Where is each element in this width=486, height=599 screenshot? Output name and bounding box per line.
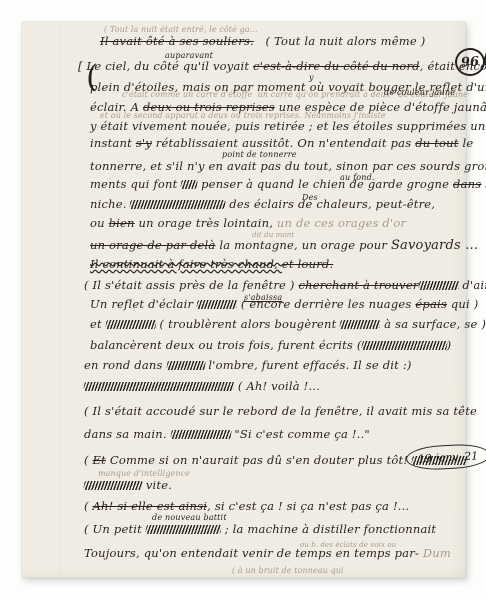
text-segment: ( à un bruit de tonneau qui xyxy=(232,566,344,575)
scribble-strikeout-mark xyxy=(418,281,460,290)
text-segment: un de ces orages d'or xyxy=(277,216,406,230)
text-segment: un orage de par delà xyxy=(90,238,215,252)
text-segment: et lourd. xyxy=(282,257,333,271)
text-segment: la montagne, un orage pour xyxy=(215,238,390,252)
manuscript-line: ( Ah! si elle est ainsi, si c'est ça ! s… xyxy=(84,501,409,513)
scribble-strikeout-mark xyxy=(130,200,227,209)
text-segment: sa xyxy=(481,177,486,191)
manuscript-line: y était vivement nouée, puis retirée ; e… xyxy=(90,121,486,133)
manuscript-line: Il continuait à faire très chaud, et lou… xyxy=(90,259,333,271)
text-segment: ( encore derrière les nuages xyxy=(237,297,415,311)
text-segment: Savoyards ... xyxy=(391,238,478,253)
manuscript-line: de couleur jaune xyxy=(384,89,455,97)
text-segment: ( Un petit xyxy=(84,522,146,536)
text-segment: Et xyxy=(93,453,106,467)
text-segment: vite. xyxy=(142,478,172,492)
manuscript-line: en rond dans l'ombre, furent effacés. Il… xyxy=(84,360,412,372)
text-segment: , si c'est ça ! si ça n'est pas ça !... xyxy=(207,499,409,513)
text-segment: d'air. ) xyxy=(459,278,486,292)
text-segment: ( Il s'était accoudé sur le rebord de la… xyxy=(84,404,477,418)
text-segment: tonnerre, et s'il n'y en avait pas du to… xyxy=(90,159,486,173)
text-segment: Il avait ôté à ses souliers. xyxy=(100,34,254,48)
margin-rule xyxy=(60,22,61,578)
text-segment: de couleur jaune xyxy=(384,88,455,97)
manuscript-line: point de tonnerre xyxy=(222,151,297,159)
manuscript-line: et ( troublèrent alors bougèrent à sa su… xyxy=(90,319,486,331)
manuscript-line: un orage de par delà la montagne, un ora… xyxy=(90,239,478,252)
manuscript-line: ( Ah! voilà !... xyxy=(84,381,320,393)
text-segment: l'ombre, furent effacés. Il se dit :) xyxy=(205,358,412,372)
text-segment: Un reflet d'éclair xyxy=(90,297,197,311)
text-segment: épais xyxy=(415,297,447,311)
text-segment: y était vivement nouée, puis retirée ; e… xyxy=(90,119,486,133)
scribble-strikeout-mark xyxy=(170,430,232,439)
manuscript-line: niche. des éclairs de chaleurs, peut-êtr… xyxy=(90,199,435,211)
manuscript-line: Un reflet d'éclair ( encore derrière les… xyxy=(90,299,478,311)
text-segment: dans xyxy=(453,177,481,191)
text-segment: dans sa main. xyxy=(84,427,171,441)
scribble-strikeout-mark xyxy=(166,361,206,370)
text-segment: ( xyxy=(84,499,93,513)
text-segment: cherchant à trouver xyxy=(298,278,418,292)
manuscript-line: ( Il s'était accoudé sur le rebord de la… xyxy=(84,406,477,418)
manuscript-line: dans sa main. "Si c'est comme ça !.." xyxy=(84,429,370,441)
manuscript-line: [ Le ciel, du côté qu'il voyait c'est-à-… xyxy=(78,61,486,73)
text-segment: niche. xyxy=(90,197,130,211)
text-segment: un orage très lointain, xyxy=(135,216,277,230)
manuscript-line: ( Il s'était assis près de la fenêtre ) … xyxy=(84,280,486,292)
text-segment: et xyxy=(90,317,106,331)
text-segment: instant xyxy=(90,136,136,150)
pencil-note-line: ( Tout la nuit était entré, le côté ga..… xyxy=(104,26,258,34)
text-segment: "Si c'est comme ça !.." xyxy=(231,427,370,441)
manuscript-line: ( Un petit ; la machine à distiller fonc… xyxy=(84,524,436,536)
text-segment: manque d'intelligence xyxy=(98,469,190,478)
manuscript-line: ments qui font penser à quand le chien d… xyxy=(90,179,486,191)
text-segment: penser à quand le chien de garde grogne xyxy=(197,177,453,191)
scribble-strikeout-mark xyxy=(105,320,157,329)
text-segment: Il continuait à faire très chaud, xyxy=(90,257,282,271)
manuscript-photo: ( 96 19 janv. 21 ( Tout la nuit était en… xyxy=(0,0,486,599)
scribble-strikeout-mark xyxy=(83,382,235,391)
text-segment: c'était comme un carré d'étoffe un carré… xyxy=(122,90,398,99)
manuscript-line: de nouveau battit xyxy=(152,514,227,522)
manuscript-line: ( Et Comme si on n'aurait pas dû s'en do… xyxy=(84,455,467,467)
manuscript-line: instant s'y rétablissaient aussitôt. On … xyxy=(90,138,473,150)
manuscript-line: vite. xyxy=(84,480,172,492)
text-segment: Dum xyxy=(423,546,451,560)
text-segment: le xyxy=(459,136,474,150)
manuscript-line: balancèrent deux ou trois fois, furent é… xyxy=(90,340,451,352)
text-segment: , était encore xyxy=(420,59,486,73)
text-segment: balancèrent deux ou trois fois, furent é… xyxy=(90,338,362,352)
pencil-note-line: ( à un bruit de tonneau qui xyxy=(232,567,344,575)
scribble-strikeout-mark xyxy=(145,525,222,534)
manuscript-paper: ( 96 19 janv. 21 ( Tout la nuit était en… xyxy=(22,22,466,578)
text-segment: du tout xyxy=(415,136,458,150)
text-segment: ) xyxy=(447,338,452,352)
text-segment: c'est-à-dire du côté du nord xyxy=(253,59,420,73)
scribble-strikeout-mark xyxy=(83,481,143,490)
text-segment: ou xyxy=(90,216,109,230)
text-segment: point de tonnerre xyxy=(222,150,297,159)
text-segment: des éclairs de chaleurs, peut-être, xyxy=(225,197,435,211)
text-segment: ; la machine à distiller fonctionnait xyxy=(221,522,436,536)
text-segment: ( Ah! voilà !... xyxy=(234,379,320,393)
manuscript-line: Il avait ôté à ses souliers. ( Tout la n… xyxy=(100,36,425,48)
text-segment: Comme si on n'aurait pas dû s'en douter … xyxy=(106,453,412,467)
text-segment: ( Il s'était assis près de la fenêtre ) xyxy=(84,278,298,292)
text-segment: ments qui font xyxy=(90,177,181,191)
scribble-strikeout-mark xyxy=(340,320,382,329)
scribble-strikeout-mark xyxy=(411,456,468,465)
text-segment: Ah! si elle est ainsi xyxy=(93,499,208,513)
text-segment: de nouveau battit xyxy=(152,513,227,522)
scribble-strikeout-mark xyxy=(196,300,238,309)
text-segment: bien xyxy=(109,216,135,230)
scribble-strikeout-mark xyxy=(180,180,198,189)
text-segment: [ Le ciel, du côté qu'il voyait xyxy=(78,59,253,73)
manuscript-line: Toujours, qu'on entendait venir de temps… xyxy=(84,548,451,560)
text-segment: ( Tout la nuit était entré, le côté ga..… xyxy=(104,25,258,34)
text-segment: qui ) xyxy=(447,297,478,311)
text-segment: ( troublèrent alors bougèrent xyxy=(156,317,341,331)
text-segment: en rond dans xyxy=(84,358,167,372)
text-segment: ( xyxy=(84,453,93,467)
text-segment: ( Tout la nuit alors même ) xyxy=(254,34,426,48)
manuscript-line: tonnerre, et s'il n'y en avait pas du to… xyxy=(90,161,486,173)
manuscript-line: ou bien un orage très lointain, un de ce… xyxy=(90,218,406,230)
text-segment: rétablissaient aussitôt. On n'entendait … xyxy=(152,136,415,150)
scribble-strikeout-mark xyxy=(361,341,448,350)
text-segment: s'y xyxy=(136,136,152,150)
text-segment: à sa surface, se ) xyxy=(380,317,486,331)
pencil-note-line: manque d'intelligence xyxy=(98,470,190,478)
text-segment: Toujours, qu'on entendait venir de temps… xyxy=(84,546,423,560)
